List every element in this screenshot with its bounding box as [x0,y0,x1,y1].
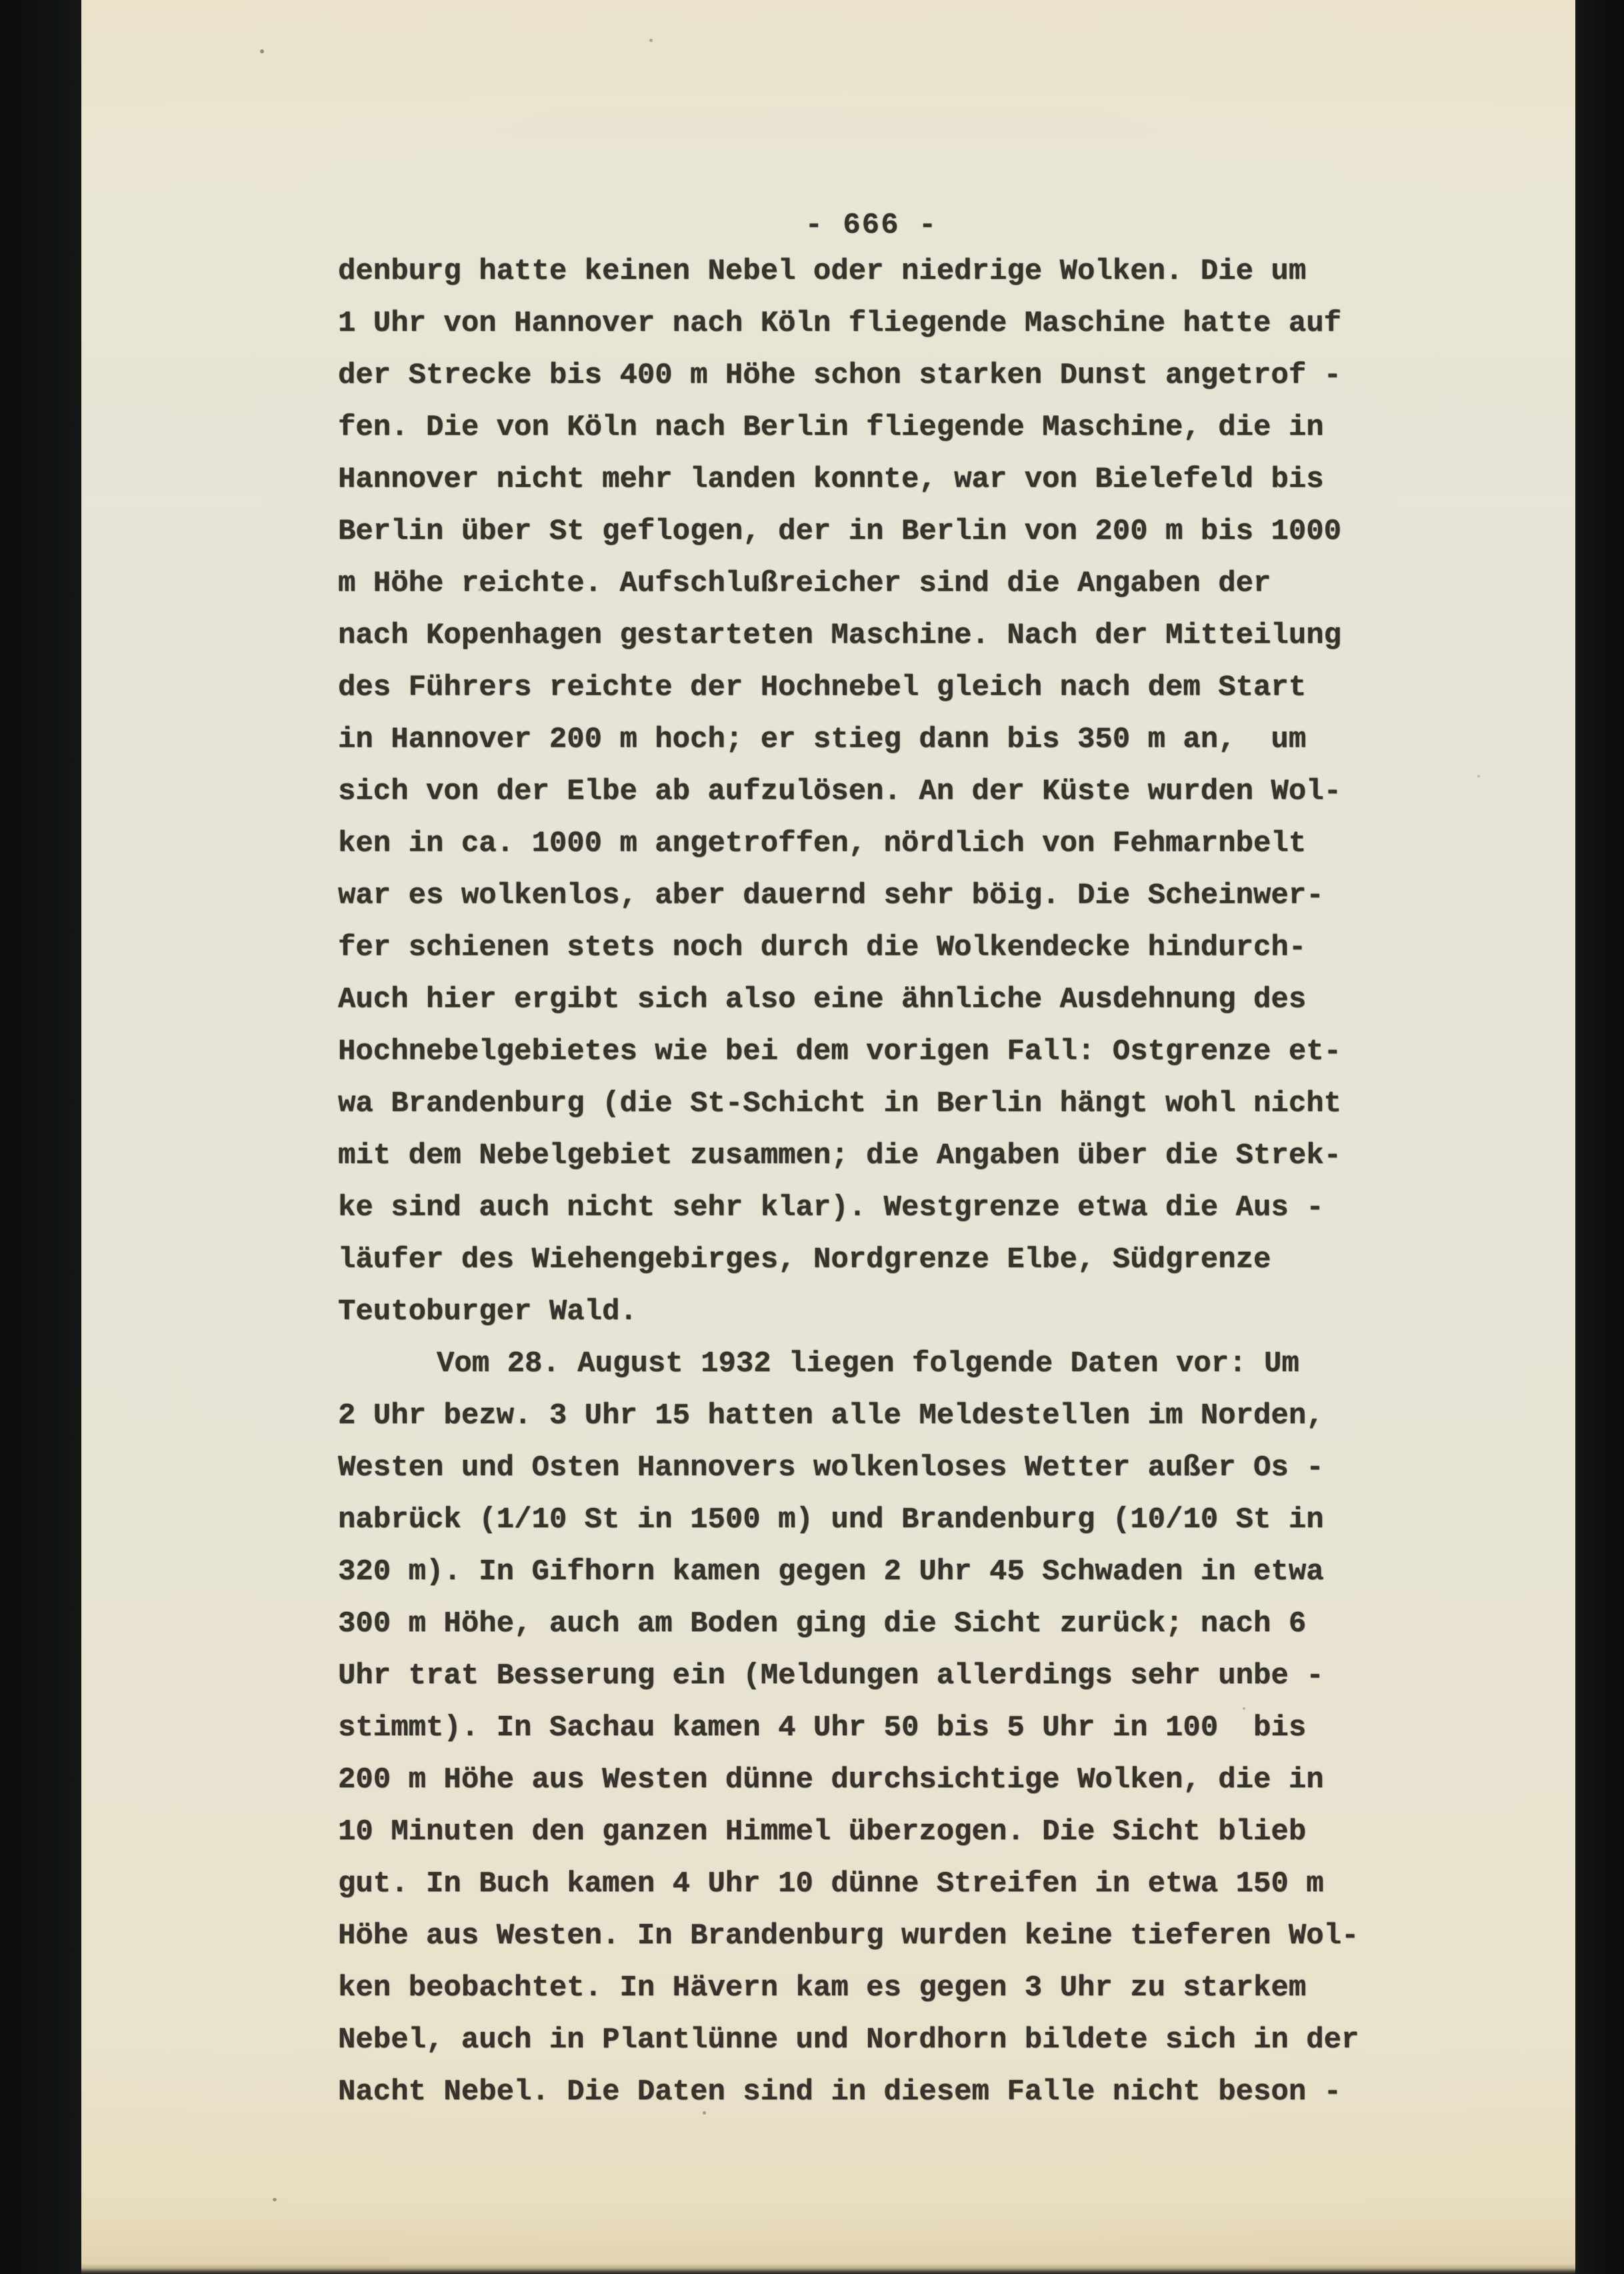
text-line: Vom 28. August 1932 liegen folgende Date… [338,1338,1431,1390]
paper-speck [1477,775,1480,778]
text-line: ken beobachtet. In Hävern kam es gegen 3… [338,1962,1431,2014]
text-line: Uhr trat Besserung ein (Meldungen allerd… [338,1650,1431,1702]
scan-border-right [1575,0,1624,2274]
text-line: mit dem Nebelgebiet zusammen; die Angabe… [338,1130,1431,1182]
paper: - 666 - denburg hatte keinen Nebel oder … [81,0,1575,2274]
page-number: - 666 - [338,199,1405,251]
text-line: nabrück (1/10 St in 1500 m) und Brandenb… [338,1494,1431,1546]
paper-speck [703,2111,706,2115]
text-line: der Strecke bis 400 m Höhe schon starken… [338,349,1431,401]
text-line: Auch hier ergibt sich also eine ähnliche… [338,974,1431,1026]
text-line: 300 m Höhe, auch am Boden ging die Sicht… [338,1598,1431,1650]
text-line: ken in ca. 1000 m angetroffen, nördlich … [338,818,1431,870]
body-text: denburg hatte keinen Nebel oder niedrige… [338,245,1431,2118]
text-line: gut. In Buch kamen 4 Uhr 10 dünne Streif… [338,1858,1431,1910]
text-line: 2 Uhr bezw. 3 Uhr 15 hatten alle Meldest… [338,1390,1431,1442]
text-line: sich von der Elbe ab aufzulösen. An der … [338,766,1431,818]
text-line: 200 m Höhe aus Westen dünne durchsichtig… [338,1754,1431,1806]
text-line: Westen und Osten Hannovers wolkenloses W… [338,1442,1431,1494]
text-line: 320 m). In Gifhorn kamen gegen 2 Uhr 45 … [338,1546,1431,1598]
text-line: Hochnebelgebietes wie bei dem vorigen Fa… [338,1026,1431,1078]
scan-border-left [0,0,81,2274]
text-line: Berlin über St geflogen, der in Berlin v… [338,505,1431,557]
scanned-page: - 666 - denburg hatte keinen Nebel oder … [0,0,1624,2274]
text-line: Hannover nicht mehr landen konnte, war v… [338,453,1431,505]
paper-speck [260,49,264,53]
text-line: 10 Minuten den ganzen Himmel überzogen. … [338,1806,1431,1858]
text-line: Nebel, auch in Plantlünne und Nordhorn b… [338,2014,1431,2066]
text-line: war es wolkenlos, aber dauernd sehr böig… [338,870,1431,922]
text-line: des Führers reichte der Hochnebel gleich… [338,662,1431,714]
text-line: 1 Uhr von Hannover nach Köln fliegende M… [338,297,1431,349]
text-line: wa Brandenburg (die St-Schicht in Berlin… [338,1078,1431,1130]
text-line: ke sind auch nicht sehr klar). Westgrenz… [338,1182,1431,1234]
paper-speck [649,39,653,42]
text-line: läufer des Wiehengebirges, Nordgrenze El… [338,1234,1431,1286]
text-line: in Hannover 200 m hoch; er stieg dann bi… [338,714,1431,766]
text-line: fen. Die von Köln nach Berlin fliegende … [338,401,1431,453]
text-line: fer schienen stets noch durch die Wolken… [338,922,1431,974]
text-line: nach Kopenhagen gestarteten Maschine. Na… [338,610,1431,662]
text-line: Nacht Nebel. Die Daten sind in diesem Fa… [338,2066,1431,2118]
text-line: denburg hatte keinen Nebel oder niedrige… [338,245,1431,297]
text-line: Teutoburger Wald. [338,1286,1431,1338]
text-line: Höhe aus Westen. In Brandenburg wurden k… [338,1910,1431,1962]
text-line: stimmt). In Sachau kamen 4 Uhr 50 bis 5 … [338,1702,1431,1754]
paper-speck [273,2198,277,2201]
text-line: m Höhe reichte. Aufschlußreicher sind di… [338,557,1431,610]
paper-speck [478,588,481,592]
paper-bottom-edge [81,2263,1575,2274]
paper-speck [1243,1707,1245,1710]
